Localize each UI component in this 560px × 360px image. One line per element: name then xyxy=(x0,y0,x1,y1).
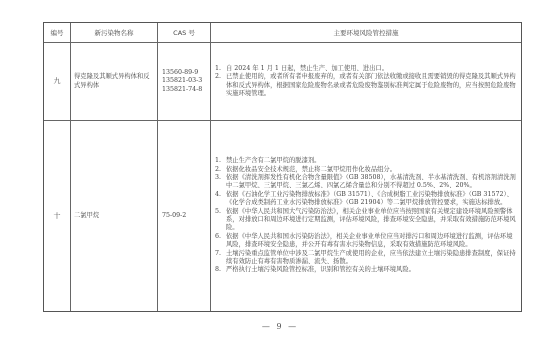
row-10-cas: 75-09-2 xyxy=(162,121,210,311)
row-9-cas: 13560-89-9 135821-03-3 135821-74-8 xyxy=(162,43,210,120)
cas-number: 135821-74-8 xyxy=(162,86,202,94)
pollutant-control-table: 编号 新污染物名称 CAS 号 主要环境风险管控措施 九 得克隆及其顺式异构体和… xyxy=(43,22,522,312)
column-divider xyxy=(70,23,71,311)
measure-item: 6.依据《中华人民共和国水污染防治法》，相关企业事业单位应当对排污口和周边环境进… xyxy=(226,233,518,250)
header-name: 新污染物名称 xyxy=(71,23,157,42)
row-10-measures: 1.禁止生产含有二氯甲烷的脱漆剂。 2.依据化妆品安全技术规范，禁止将二氯甲烷用… xyxy=(214,121,518,311)
measure-item: 4.依据《石油化学工业污染物排放标准》（GB 31571）、《合成树脂工业污染物… xyxy=(226,191,518,208)
page-number: — 9 — xyxy=(0,322,560,331)
row-10-name: 二氯甲烷 xyxy=(74,121,154,311)
row-9-name: 得克隆及其顺式异构体和反式异构体 xyxy=(74,43,154,120)
measure-item: 1.自 2024 年 1 月 1 日起，禁止生产、加工使用、进出口。 xyxy=(226,65,518,73)
measure-item: 3.依据《清洗剂挥发性有机化合物含量限值》（GB 38508），水基清洗剂、半水… xyxy=(226,174,518,191)
column-divider xyxy=(157,23,158,311)
cas-number: 13560-89-9 xyxy=(162,69,202,77)
row-10-id: 十 xyxy=(44,121,70,311)
header-cas: CAS 号 xyxy=(158,23,210,42)
measure-item: 2.依据化妆品安全技术规范，禁止将二氯甲烷用作化妆品组分。 xyxy=(226,166,518,174)
cas-number: 75-09-2 xyxy=(162,212,186,220)
row-9-id: 九 xyxy=(44,43,70,120)
header-id: 编号 xyxy=(44,23,70,42)
column-divider xyxy=(210,23,211,311)
measure-item: 5.依据《中华人民共和国大气污染防治法》，相关企业事业单位应当按照国家有关规定建… xyxy=(226,208,518,233)
measure-item: 8.严格执行土壤污染风险管控标准，识别和管控有关的土壤环境风险。 xyxy=(226,266,518,274)
cas-number: 135821-03-3 xyxy=(162,77,202,85)
measure-item: 7.土壤污染重点监管单位中涉及二氯甲烷生产或使用的企业，应当依法建立土壤污染隐患… xyxy=(226,250,518,267)
row-9-measures: 1.自 2024 年 1 月 1 日起，禁止生产、加工使用、进出口。 2.已禁止… xyxy=(214,43,518,120)
measure-item: 2.已禁止使用的，或者所有者申报废弃的，或者有关部门依法收缴或接收且需要销毁的得… xyxy=(226,73,518,98)
measure-item: 1.禁止生产含有二氯甲烷的脱漆剂。 xyxy=(226,157,518,165)
header-measures: 主要环境风险管控措施 xyxy=(211,23,521,42)
